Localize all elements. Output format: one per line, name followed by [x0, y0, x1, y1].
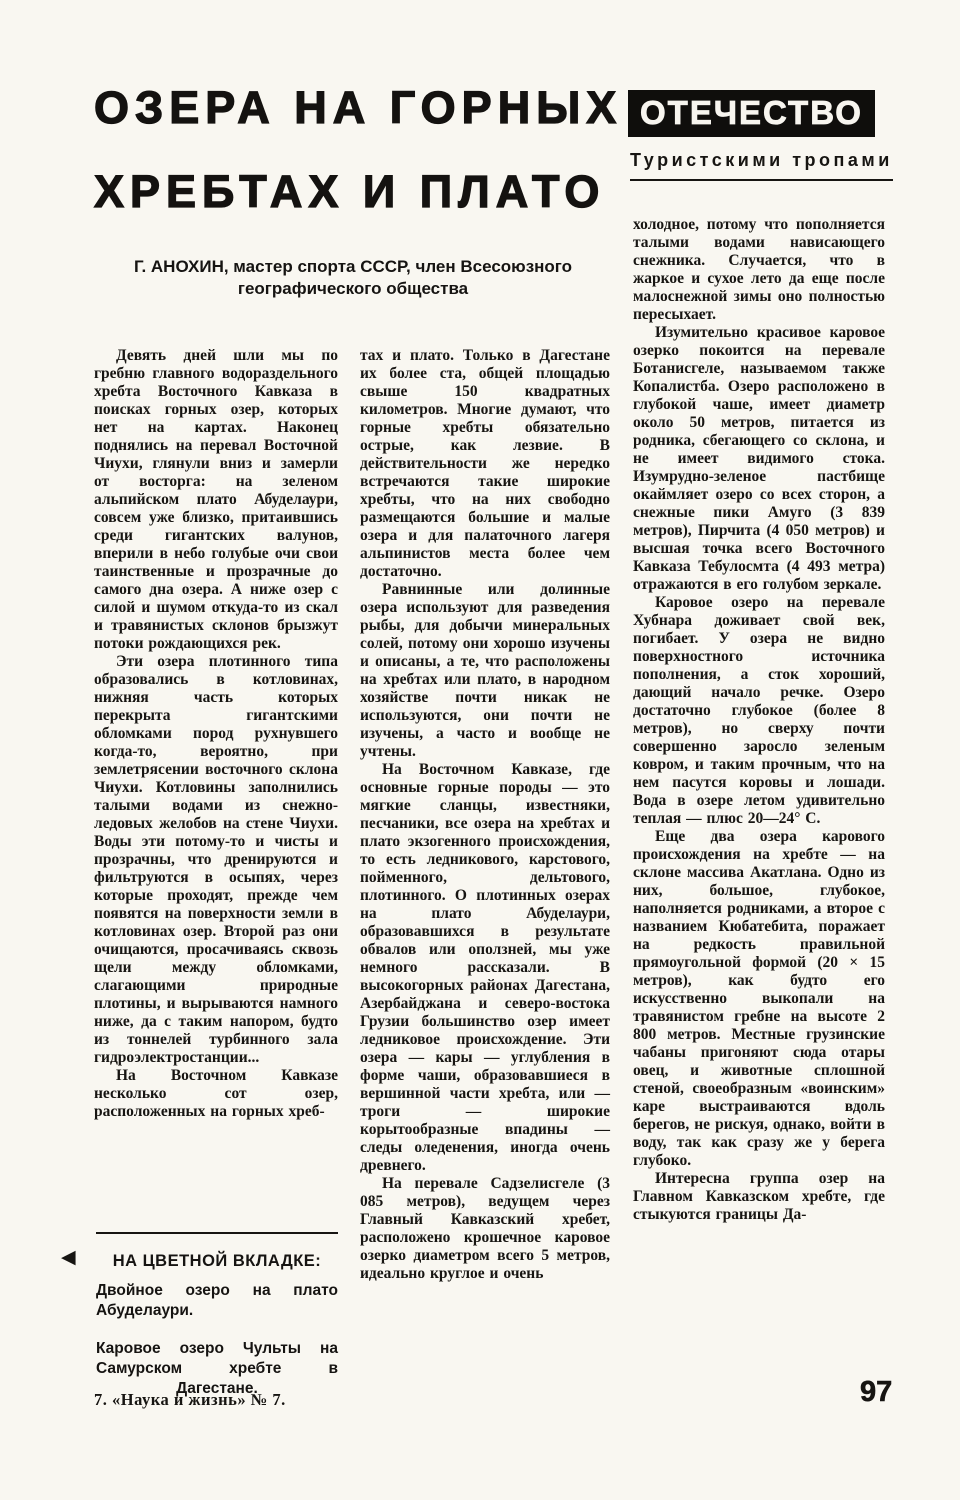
rubric-series: Туристскими тропами — [630, 150, 893, 181]
byline: Г. АНОХИН, мастер спорта СССР, член Всес… — [94, 256, 612, 300]
paragraph: Интересна группа озер на Главном Кавказс… — [633, 1170, 885, 1224]
imprint-line: 7. «Наука и жизнь» № 7. — [94, 1390, 286, 1410]
paragraph: Каровое озеро на перевале Хубнара дожива… — [633, 594, 885, 828]
paragraph: Еще два озера карового происхождения на … — [633, 828, 885, 1170]
paragraph: На Восточном Кавказе, где основные горны… — [360, 761, 610, 1175]
paragraph: холодное, потому что пополняется талыми … — [633, 216, 885, 324]
color-insert-header: НА ЦВЕТНОЙ ВКЛАДКЕ: — [96, 1252, 338, 1271]
paragraph: Изумительно красивое каровое озерко поко… — [633, 324, 885, 594]
paragraph: Равнинные или долинные озера используют … — [360, 581, 610, 761]
text-column-2: тах и плато. Только в Дагестане их более… — [360, 347, 610, 1283]
left-arrow-icon: ◀ — [61, 1246, 76, 1268]
paragraph: Девять дней шли мы по гребню главного во… — [94, 347, 338, 653]
page-number: 97 — [860, 1376, 892, 1409]
text-column-1: Девять дней шли мы по гребню главного во… — [94, 347, 338, 1121]
paragraph: тах и плато. Только в Дагестане их более… — [360, 347, 610, 581]
paragraph: Эти озера плотинного типа образовались в… — [94, 653, 338, 1067]
paragraph: На перевале Садзелисгеле (3 085 метров),… — [360, 1175, 610, 1283]
byline-line2: географического общества — [94, 278, 612, 300]
article-title-line2: ХРЕБТАХ И ПЛАТО — [94, 166, 605, 218]
byline-line1: Г. АНОХИН, мастер спорта СССР, член Всес… — [94, 256, 612, 278]
color-insert-item: Двойное озеро на плато Абуделаури. — [96, 1281, 338, 1321]
paragraph: На Восточном Кавказе несколько сот озер,… — [94, 1067, 338, 1121]
text-column-3: холодное, потому что пополняется талыми … — [633, 216, 885, 1224]
magazine-page: ОЗЕРА НА ГОРНЫХ ХРЕБТАХ И ПЛАТО ОТЕЧЕСТВ… — [0, 0, 960, 1500]
article-title-line1: ОЗЕРА НА ГОРНЫХ — [94, 82, 622, 134]
rubric-badge: ОТЕЧЕСТВО — [628, 90, 875, 137]
inset-divider-rule — [96, 1232, 338, 1234]
